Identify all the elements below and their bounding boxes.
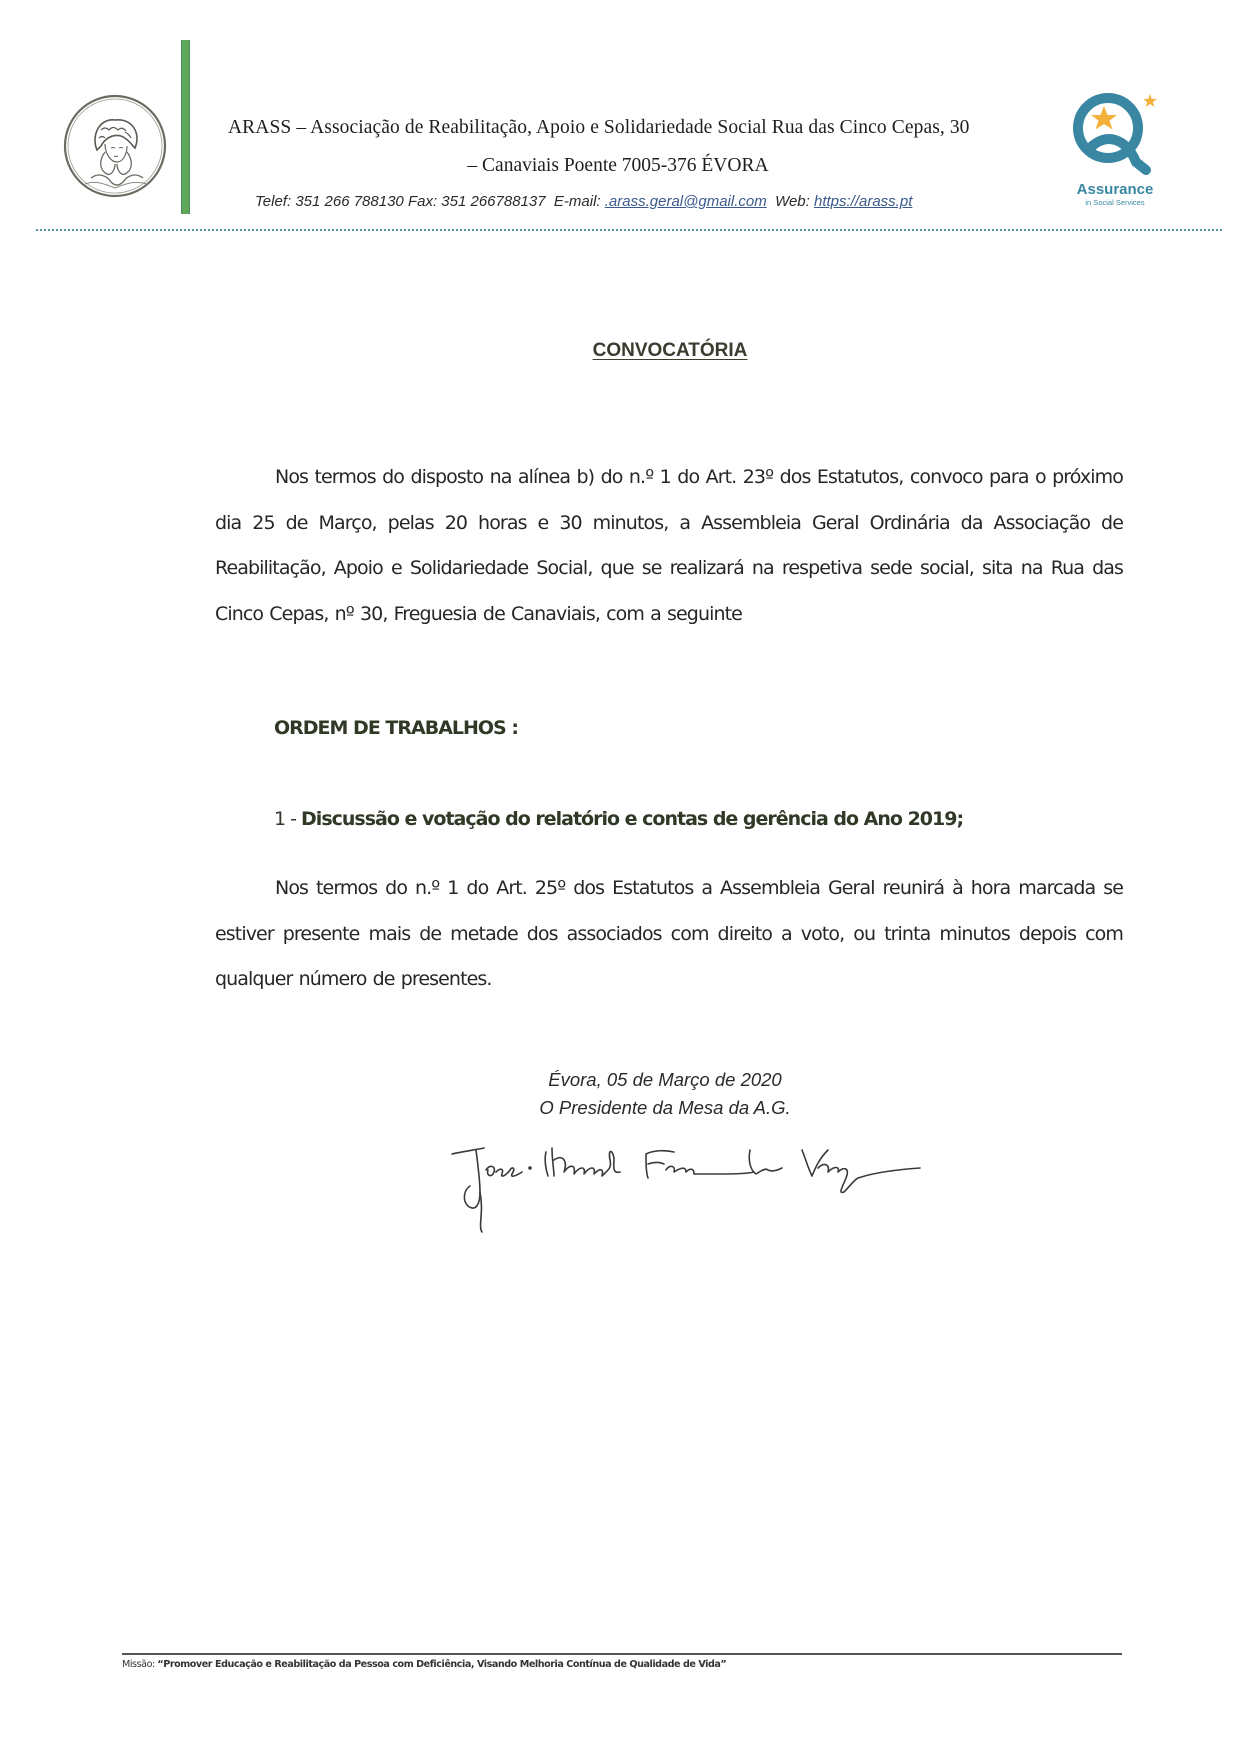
header-divider: [36, 229, 1222, 231]
agenda-heading: ORDEM DE TRABALHOS :: [274, 717, 518, 739]
agenda-item: 1 - Discussão e votação do relatório e c…: [274, 808, 963, 830]
assurance-logo-title: Assurance: [1055, 182, 1175, 197]
organization-address-line2: – Canaviais Poente 7005-376 ÉVORA: [228, 155, 1028, 177]
phone-number: 351 266 788130: [295, 193, 403, 210]
contact-line: Telef: 351 266 788130 Fax: 351 266788137…: [255, 193, 1015, 210]
agenda-item-number: 1 -: [274, 808, 301, 830]
quorum-paragraph: Nos termos do n.º 1 do Art. 25º dos Esta…: [215, 866, 1123, 1003]
agenda-item-text: Discussão e votação do relatório e conta…: [301, 808, 963, 830]
header-accent-bar: [181, 40, 190, 214]
fax-label: Fax:: [408, 193, 437, 210]
girl-in-circle-logo-icon: [55, 88, 177, 210]
place-date: Évora, 05 de Março de 2020: [440, 1066, 890, 1094]
mission-statement: Missão: “Promover Educação e Reabilitaçã…: [122, 1659, 1122, 1670]
phone-label: Telef:: [255, 193, 291, 210]
web-label: Web:: [775, 193, 810, 210]
email-label: E-mail:: [554, 193, 601, 210]
fax-number: 351 266788137: [441, 193, 545, 210]
assurance-logo-subtitle: in Social Services: [1055, 198, 1175, 207]
convocation-paragraph: Nos termos do disposto na alínea b) do n…: [215, 455, 1123, 637]
email-link[interactable]: .arass.geral@gmail.com: [605, 193, 767, 210]
handwritten-signature-icon: [450, 1130, 940, 1240]
website-link[interactable]: https://arass.pt: [814, 193, 912, 210]
mission-label: Missão:: [122, 1659, 155, 1670]
quorum-text: Nos termos do n.º 1 do Art. 25º dos Esta…: [215, 877, 1123, 990]
footer-divider: [122, 1653, 1122, 1655]
organization-locality: – Canaviais Poente 7005-376 ÉVORA: [467, 155, 768, 177]
signatory-role: O Presidente da Mesa da A.G.: [440, 1094, 890, 1122]
document-title: CONVOCATÓRIA: [0, 340, 1240, 362]
organization-name-address: ARASS – Associação de Reabilitação, Apoi…: [228, 117, 1028, 139]
convocation-text: Nos termos do disposto na alínea b) do n…: [215, 466, 1123, 625]
closing-block: Évora, 05 de Março de 2020 O Presidente …: [440, 1066, 890, 1122]
mission-text: “Promover Educação e Reabilitação da Pes…: [157, 1659, 726, 1670]
